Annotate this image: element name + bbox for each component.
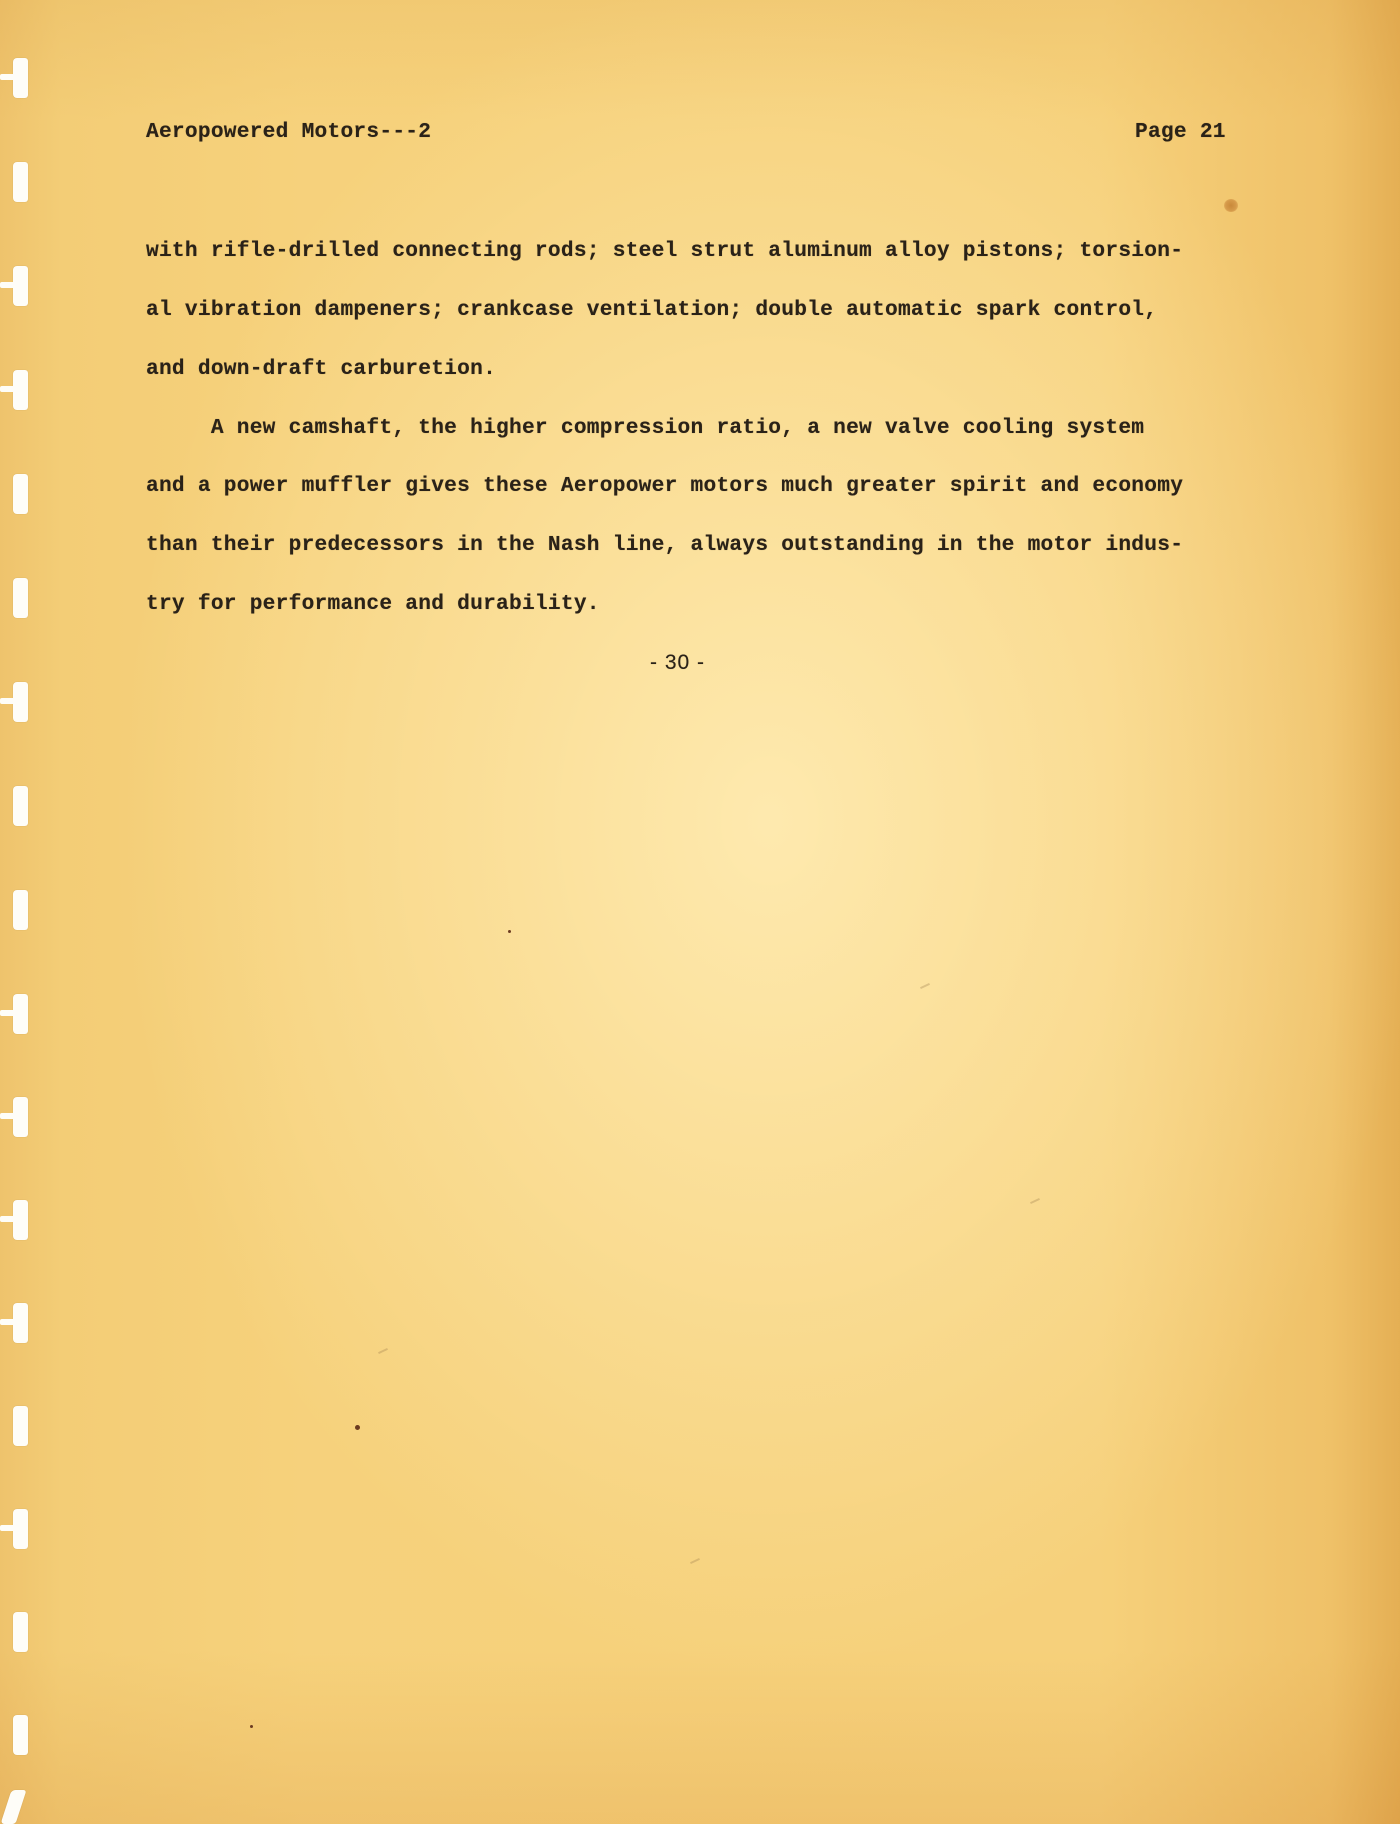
text-line: and a power muffler gives these Aeropowe… <box>146 474 1183 498</box>
text-line: with rifle-drilled connecting rods; stee… <box>146 239 1183 263</box>
binding-hole <box>13 474 28 514</box>
binding-hole-tear <box>0 698 16 704</box>
binding-hole <box>13 162 28 202</box>
binding-hole <box>13 578 28 618</box>
binding-hole <box>13 1406 28 1446</box>
text-line: than their predecessors in the Nash line… <box>146 533 1183 557</box>
stain-mark <box>1224 199 1238 212</box>
ink-speck <box>508 930 511 933</box>
binding-hole-tear <box>0 1525 16 1531</box>
binding-hole-tear <box>0 1216 16 1222</box>
ink-speck <box>250 1725 253 1728</box>
binding-hole-tear <box>0 1010 16 1016</box>
paper-fiber <box>1030 1198 1040 1204</box>
page-label: Page 21 <box>1135 120 1226 144</box>
binding-hole-tear <box>0 1113 16 1119</box>
ink-speck <box>355 1425 360 1430</box>
text-line: and down-draft carburetion. <box>146 357 496 381</box>
running-header-title: Aeropowered Motors---2 <box>146 120 431 144</box>
text-line: try for performance and durability. <box>146 592 600 616</box>
binding-hole-tear <box>0 386 16 392</box>
binding-hole <box>13 786 28 826</box>
scanned-page: Aeropowered Motors---2 Page 21 with rifl… <box>0 0 1400 1824</box>
text-line: A new camshaft, the higher compression r… <box>146 416 1144 440</box>
binding-hole <box>13 1715 28 1755</box>
paper-fiber <box>920 983 930 989</box>
end-marker: - 30 - <box>650 651 705 675</box>
binding-hole-tear <box>0 1319 16 1325</box>
binding-hole <box>0 1790 26 1824</box>
text-line: al vibration dampeners; crankcase ventil… <box>146 298 1157 322</box>
binding-hole-tear <box>0 282 16 288</box>
binding-hole <box>13 1612 28 1652</box>
paper-fiber <box>378 1348 388 1354</box>
binding-hole-tear <box>0 74 16 80</box>
binding-hole <box>13 890 28 930</box>
paper-fiber <box>690 1558 700 1564</box>
